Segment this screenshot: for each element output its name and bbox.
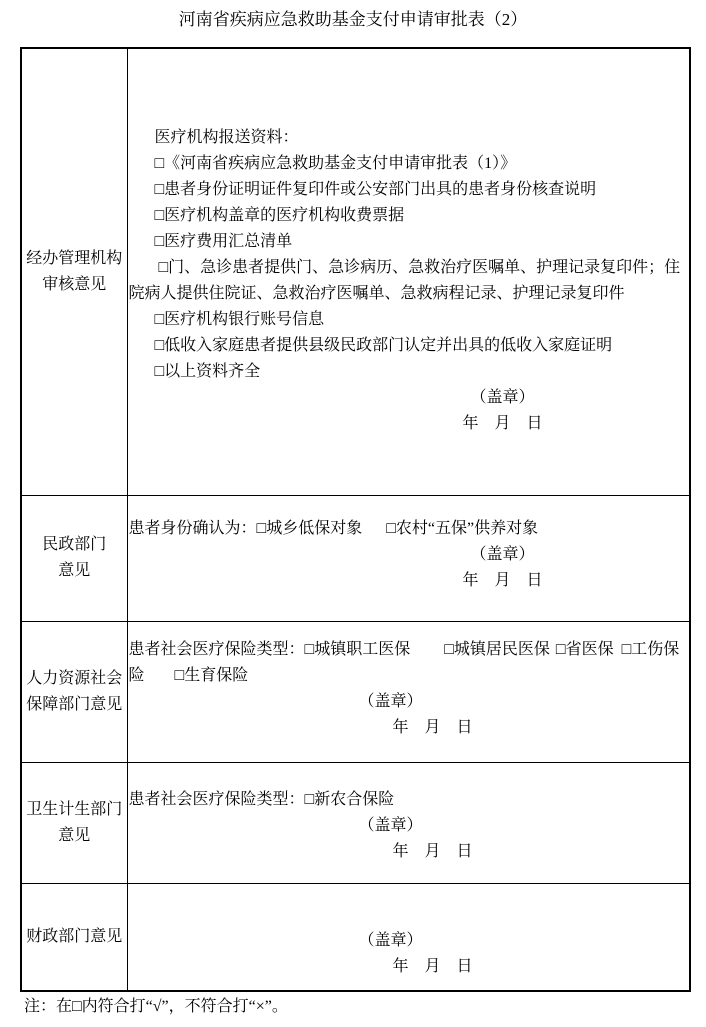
row-label-line: 人力资源社会 xyxy=(22,666,127,692)
option-urban-resident-insurance: □城镇居民医保 xyxy=(444,641,550,658)
checklist-item-fee-summary: □医疗费用汇总清单 xyxy=(129,229,689,255)
date-line: 年 月 日 xyxy=(129,715,689,741)
row-label-line: 意见 xyxy=(22,558,127,584)
option-provincial-insurance: □省医保 xyxy=(556,641,614,658)
identity-options-line: 患者身份确认为：□城乡低保对象□农村“五保”供养对象 xyxy=(129,516,689,542)
option-urban-rural-subsistence: □城乡低保对象 xyxy=(257,520,363,537)
row-label-line: 意见 xyxy=(22,823,127,849)
option-label: 农村“五保”供养对象 xyxy=(396,520,538,537)
checkbox-icon[interactable]: □ xyxy=(305,791,315,808)
checkbox-icon[interactable]: □ xyxy=(155,337,165,354)
civil-affairs-cell: 患者身份确认为：□城乡低保对象□农村“五保”供养对象 （盖章） 年 月 日 xyxy=(127,495,690,621)
checkbox-icon[interactable]: □ xyxy=(444,641,454,658)
finance-cell: （盖章） 年 月 日 xyxy=(127,883,690,991)
date-line: 年 月 日 xyxy=(129,411,689,437)
identity-prefix: 患者身份确认为： xyxy=(129,520,257,537)
table-row-civil-affairs: 民政部门 意见 患者身份确认为：□城乡低保对象□农村“五保”供养对象 （盖章） … xyxy=(21,495,690,621)
table-row-human-resources: 人力资源社会 保障部门意见 患者社会医疗保险类型：□城镇职工医保□城镇居民医保□… xyxy=(21,621,690,762)
checklist-item-all-complete: □以上资料齐全 xyxy=(129,359,689,385)
date-line: 年 月 日 xyxy=(129,568,689,594)
option-label: 城乡低保对象 xyxy=(266,520,362,537)
date-line: 年 月 日 xyxy=(129,839,689,865)
checklist-item-label: 门、急诊患者提供门、急诊病历、急救治疗医嘱单、护理记录复印件；住院病人提供住院证… xyxy=(129,259,681,302)
option-label: 新农合保险 xyxy=(314,791,394,808)
checkbox-icon[interactable]: □ xyxy=(155,311,165,328)
row-label-line: 财政部门意见 xyxy=(22,924,127,950)
stamp-label: （盖章） xyxy=(129,385,689,411)
stamp-label: （盖章） xyxy=(129,813,689,839)
footnote: 注：在□内符合打“√”，不符合打“×”。 xyxy=(24,996,288,1018)
option-urban-employee-insurance: □城镇职工医保 xyxy=(305,641,411,658)
checkbox-icon[interactable]: □ xyxy=(305,641,315,658)
option-new-rural-cooperative: □新农合保险 xyxy=(305,791,395,808)
row-label-health: 卫生计生部门 意见 xyxy=(21,762,127,883)
table-row-finance: 财政部门意见 （盖章） 年 月 日 xyxy=(21,883,690,991)
checklist-item-fee-receipt: □医疗机构盖章的医疗机构收费票据 xyxy=(129,203,689,229)
checkbox-icon[interactable]: □ xyxy=(175,667,185,684)
row-label-civil-affairs: 民政部门 意见 xyxy=(21,495,127,621)
row-label-line: 保障部门意见 xyxy=(22,692,127,718)
checklist-item-low-income-proof: □低收入家庭患者提供县级民政部门认定并出具的低收入家庭证明 xyxy=(129,333,689,359)
insurance-options-line: 患者社会医疗保险类型：□新农合保险 xyxy=(129,787,689,813)
checkbox-icon[interactable]: □ xyxy=(159,259,169,276)
checkbox-icon[interactable]: □ xyxy=(386,520,396,537)
option-rural-five-guarantees: □农村“五保”供养对象 xyxy=(386,520,538,537)
checkbox-icon[interactable]: □ xyxy=(155,233,165,250)
checklist-item-label: 医疗机构银行账号信息 xyxy=(164,311,324,328)
table-row-health: 卫生计生部门 意见 患者社会医疗保险类型：□新农合保险 （盖章） 年 月 日 xyxy=(21,762,690,883)
option-label: 省医保 xyxy=(566,641,614,658)
checklist-item-approval-form1: □《河南省疾病应急救助基金支付申请审批表（1）》 xyxy=(129,151,689,177)
health-cell: 患者社会医疗保险类型：□新农合保险 （盖章） 年 月 日 xyxy=(127,762,690,883)
approval-table: 经办管理机构 审核意见 医疗机构报送资料： □《河南省疾病应急救助基金支付申请审… xyxy=(20,47,691,992)
checkbox-icon[interactable]: □ xyxy=(155,181,165,198)
stamp-label: （盖章） xyxy=(129,928,689,954)
checklist-item-label: 医疗费用汇总清单 xyxy=(164,233,292,250)
row-label-line: 民政部门 xyxy=(22,532,127,558)
row-label-agency: 经办管理机构 审核意见 xyxy=(21,48,127,495)
checkbox-icon[interactable]: □ xyxy=(622,641,632,658)
checklist-item-label: 《河南省疾病应急救助基金支付申请审批表（1）》 xyxy=(164,155,516,172)
page-title: 河南省疾病应急救助基金支付申请审批表（2） xyxy=(0,0,706,31)
checklist-item-label: 医疗机构盖章的医疗机构收费票据 xyxy=(164,207,404,224)
checkbox-icon[interactable]: □ xyxy=(257,520,267,537)
agency-review-cell: 医疗机构报送资料： □《河南省疾病应急救助基金支付申请审批表（1）》 □患者身份… xyxy=(127,48,690,495)
stamp-label: （盖章） xyxy=(129,689,689,715)
date-line: 年 月 日 xyxy=(129,954,689,980)
checklist-item-label: 低收入家庭患者提供县级民政部门认定并出具的低收入家庭证明 xyxy=(164,337,612,354)
insurance-prefix: 患者社会医疗保险类型： xyxy=(129,641,305,658)
option-maternity-insurance: □生育保险 xyxy=(175,667,249,684)
option-label: 城镇职工医保 xyxy=(314,641,410,658)
checkbox-icon[interactable]: □ xyxy=(155,207,165,224)
human-resources-cell: 患者社会医疗保险类型：□城镇职工医保□城镇居民医保□省医保□工伤保险□生育保险 … xyxy=(127,621,690,762)
row-label-line: 卫生计生部门 xyxy=(22,797,127,823)
checklist-item-label: 以上资料齐全 xyxy=(164,363,260,380)
row-label-line: 经办管理机构 xyxy=(22,246,127,272)
row-label-finance: 财政部门意见 xyxy=(21,883,127,991)
checklist-item-medical-records: □门、急诊患者提供门、急诊病历、急救治疗医嘱单、护理记录复印件；住院病人提供住院… xyxy=(129,255,689,307)
row-label-line: 审核意见 xyxy=(22,272,127,298)
checklist-item-label: 患者身份证明证件复印件或公安部门出具的患者身份核查说明 xyxy=(164,181,596,198)
checkbox-icon[interactable]: □ xyxy=(556,641,566,658)
table-row-agency-review: 经办管理机构 审核意见 医疗机构报送资料： □《河南省疾病应急救助基金支付申请审… xyxy=(21,48,690,495)
checkbox-icon[interactable]: □ xyxy=(155,363,165,380)
insurance-options-line: 患者社会医疗保险类型：□城镇职工医保□城镇居民医保□省医保□工伤保险□生育保险 xyxy=(129,637,689,689)
insurance-prefix: 患者社会医疗保险类型： xyxy=(129,791,305,808)
checklist-item-identity-proof: □患者身份证明证件复印件或公安部门出具的患者身份核查说明 xyxy=(129,177,689,203)
checkbox-icon[interactable]: □ xyxy=(155,155,165,172)
option-label: 城镇居民医保 xyxy=(454,641,550,658)
option-label: 生育保险 xyxy=(184,667,248,684)
checklist-item-bank-account: □医疗机构银行账号信息 xyxy=(129,307,689,333)
row-label-human-resources: 人力资源社会 保障部门意见 xyxy=(21,621,127,762)
materials-heading: 医疗机构报送资料： xyxy=(129,125,689,151)
stamp-label: （盖章） xyxy=(129,542,689,568)
